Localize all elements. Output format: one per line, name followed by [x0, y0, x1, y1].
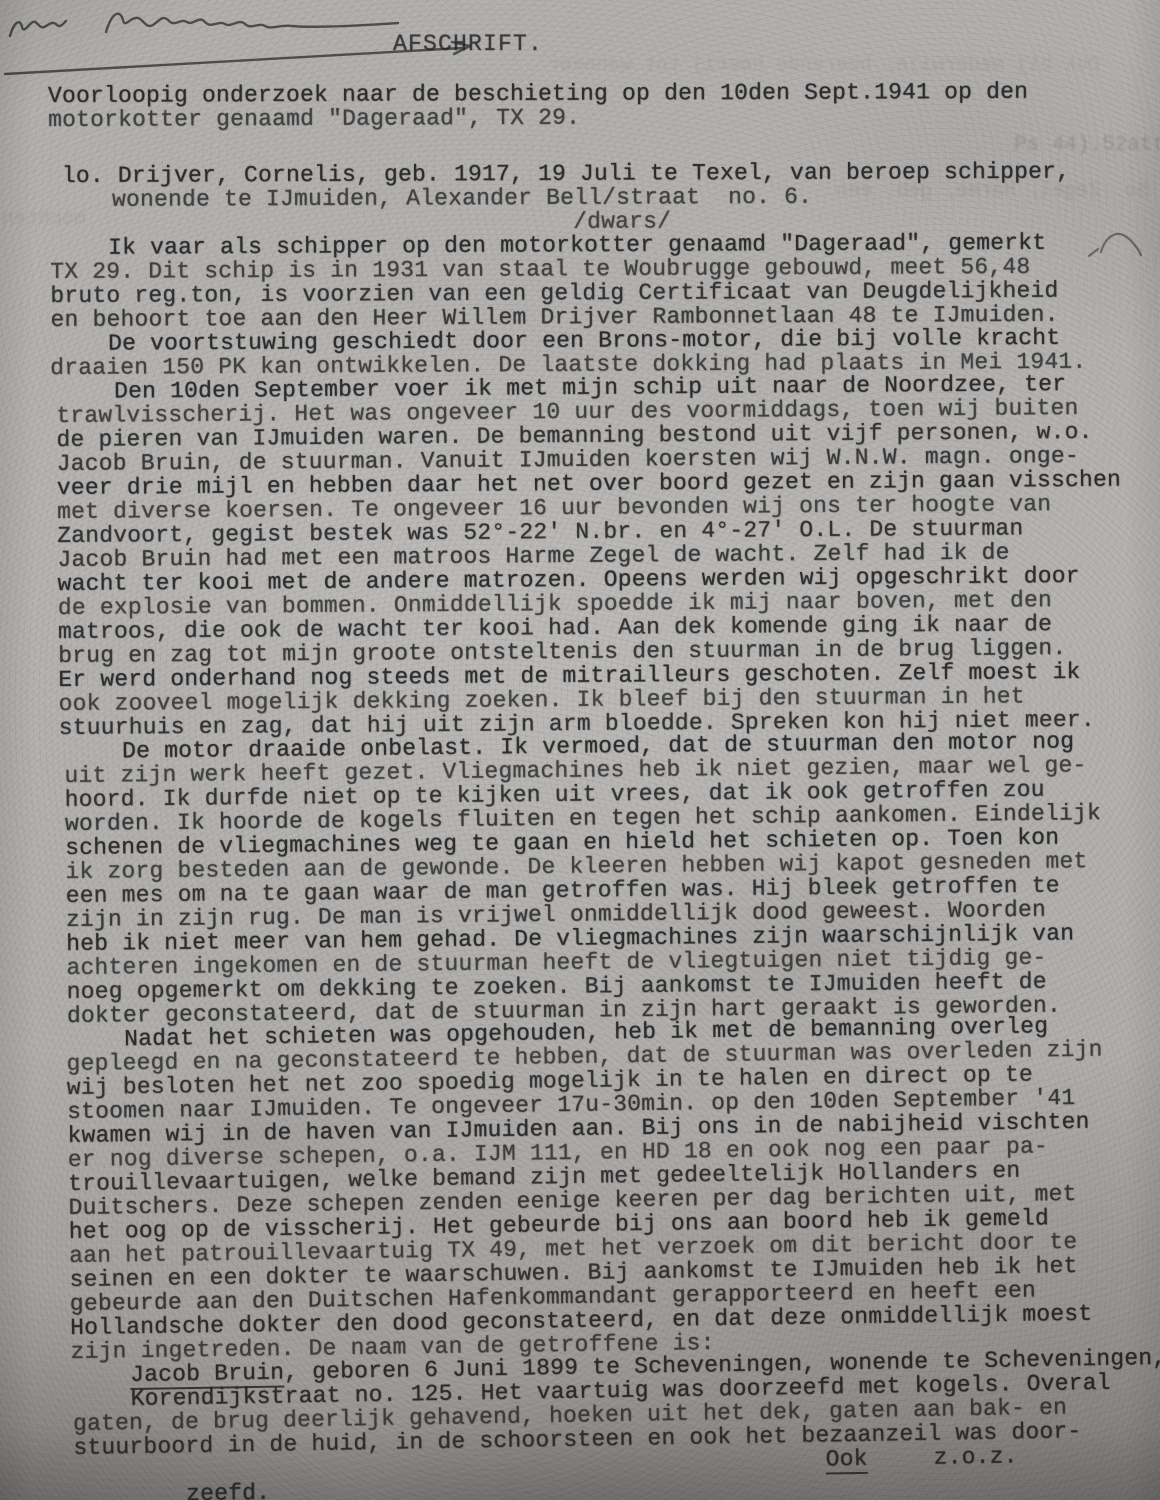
- paragraph: Ik vaar als schipper op den motorkotter …: [50, 230, 1160, 332]
- footer-gap: [867, 1446, 933, 1471]
- footer-zoz: z.o.z.: [933, 1443, 1017, 1470]
- paragraph: Den 10den September voer ik met mijn sch…: [56, 371, 1160, 740]
- paragraph: De motor draaide onbelast. Ik vermoed, d…: [64, 729, 1160, 1028]
- footer-ook-underlined: Ook: [825, 1446, 867, 1475]
- paragraph: Nadat het schieten was opgehouden, heb i…: [66, 1013, 1160, 1364]
- closing-paragraph: Jacob Bruin, geboren 6 Juni 1899 te Sche…: [72, 1346, 1160, 1484]
- last-word: zeefd.: [186, 1480, 270, 1500]
- text-line: motorkotter genaamd "Dageraad", TX 29.: [48, 104, 1028, 132]
- document-title: AFSCHRIFT.: [393, 32, 543, 56]
- bleed-through-text: Ps 44).52att.: [1014, 134, 1160, 157]
- handwriting-word-1: [10, 21, 66, 36]
- intro-paragraph: Voorloopig onderzoek naar de beschieting…: [48, 80, 1028, 132]
- person-item: lo. Drijver, Cornelis, geb. 1917, 19 Jul…: [62, 160, 1070, 236]
- handwriting-word-2: [106, 14, 398, 32]
- page-footer: Ook z.o.z.: [825, 1444, 1017, 1471]
- document-body: Ik vaar als schipper op den motorkotter …: [0, 236, 1160, 1484]
- scanned-document-page: Ook bij mederwije, boerende heerij tot w…: [0, 0, 1160, 1500]
- bleed-through-text: Ook bij mederwije, boerende heerij tot w…: [548, 54, 1100, 77]
